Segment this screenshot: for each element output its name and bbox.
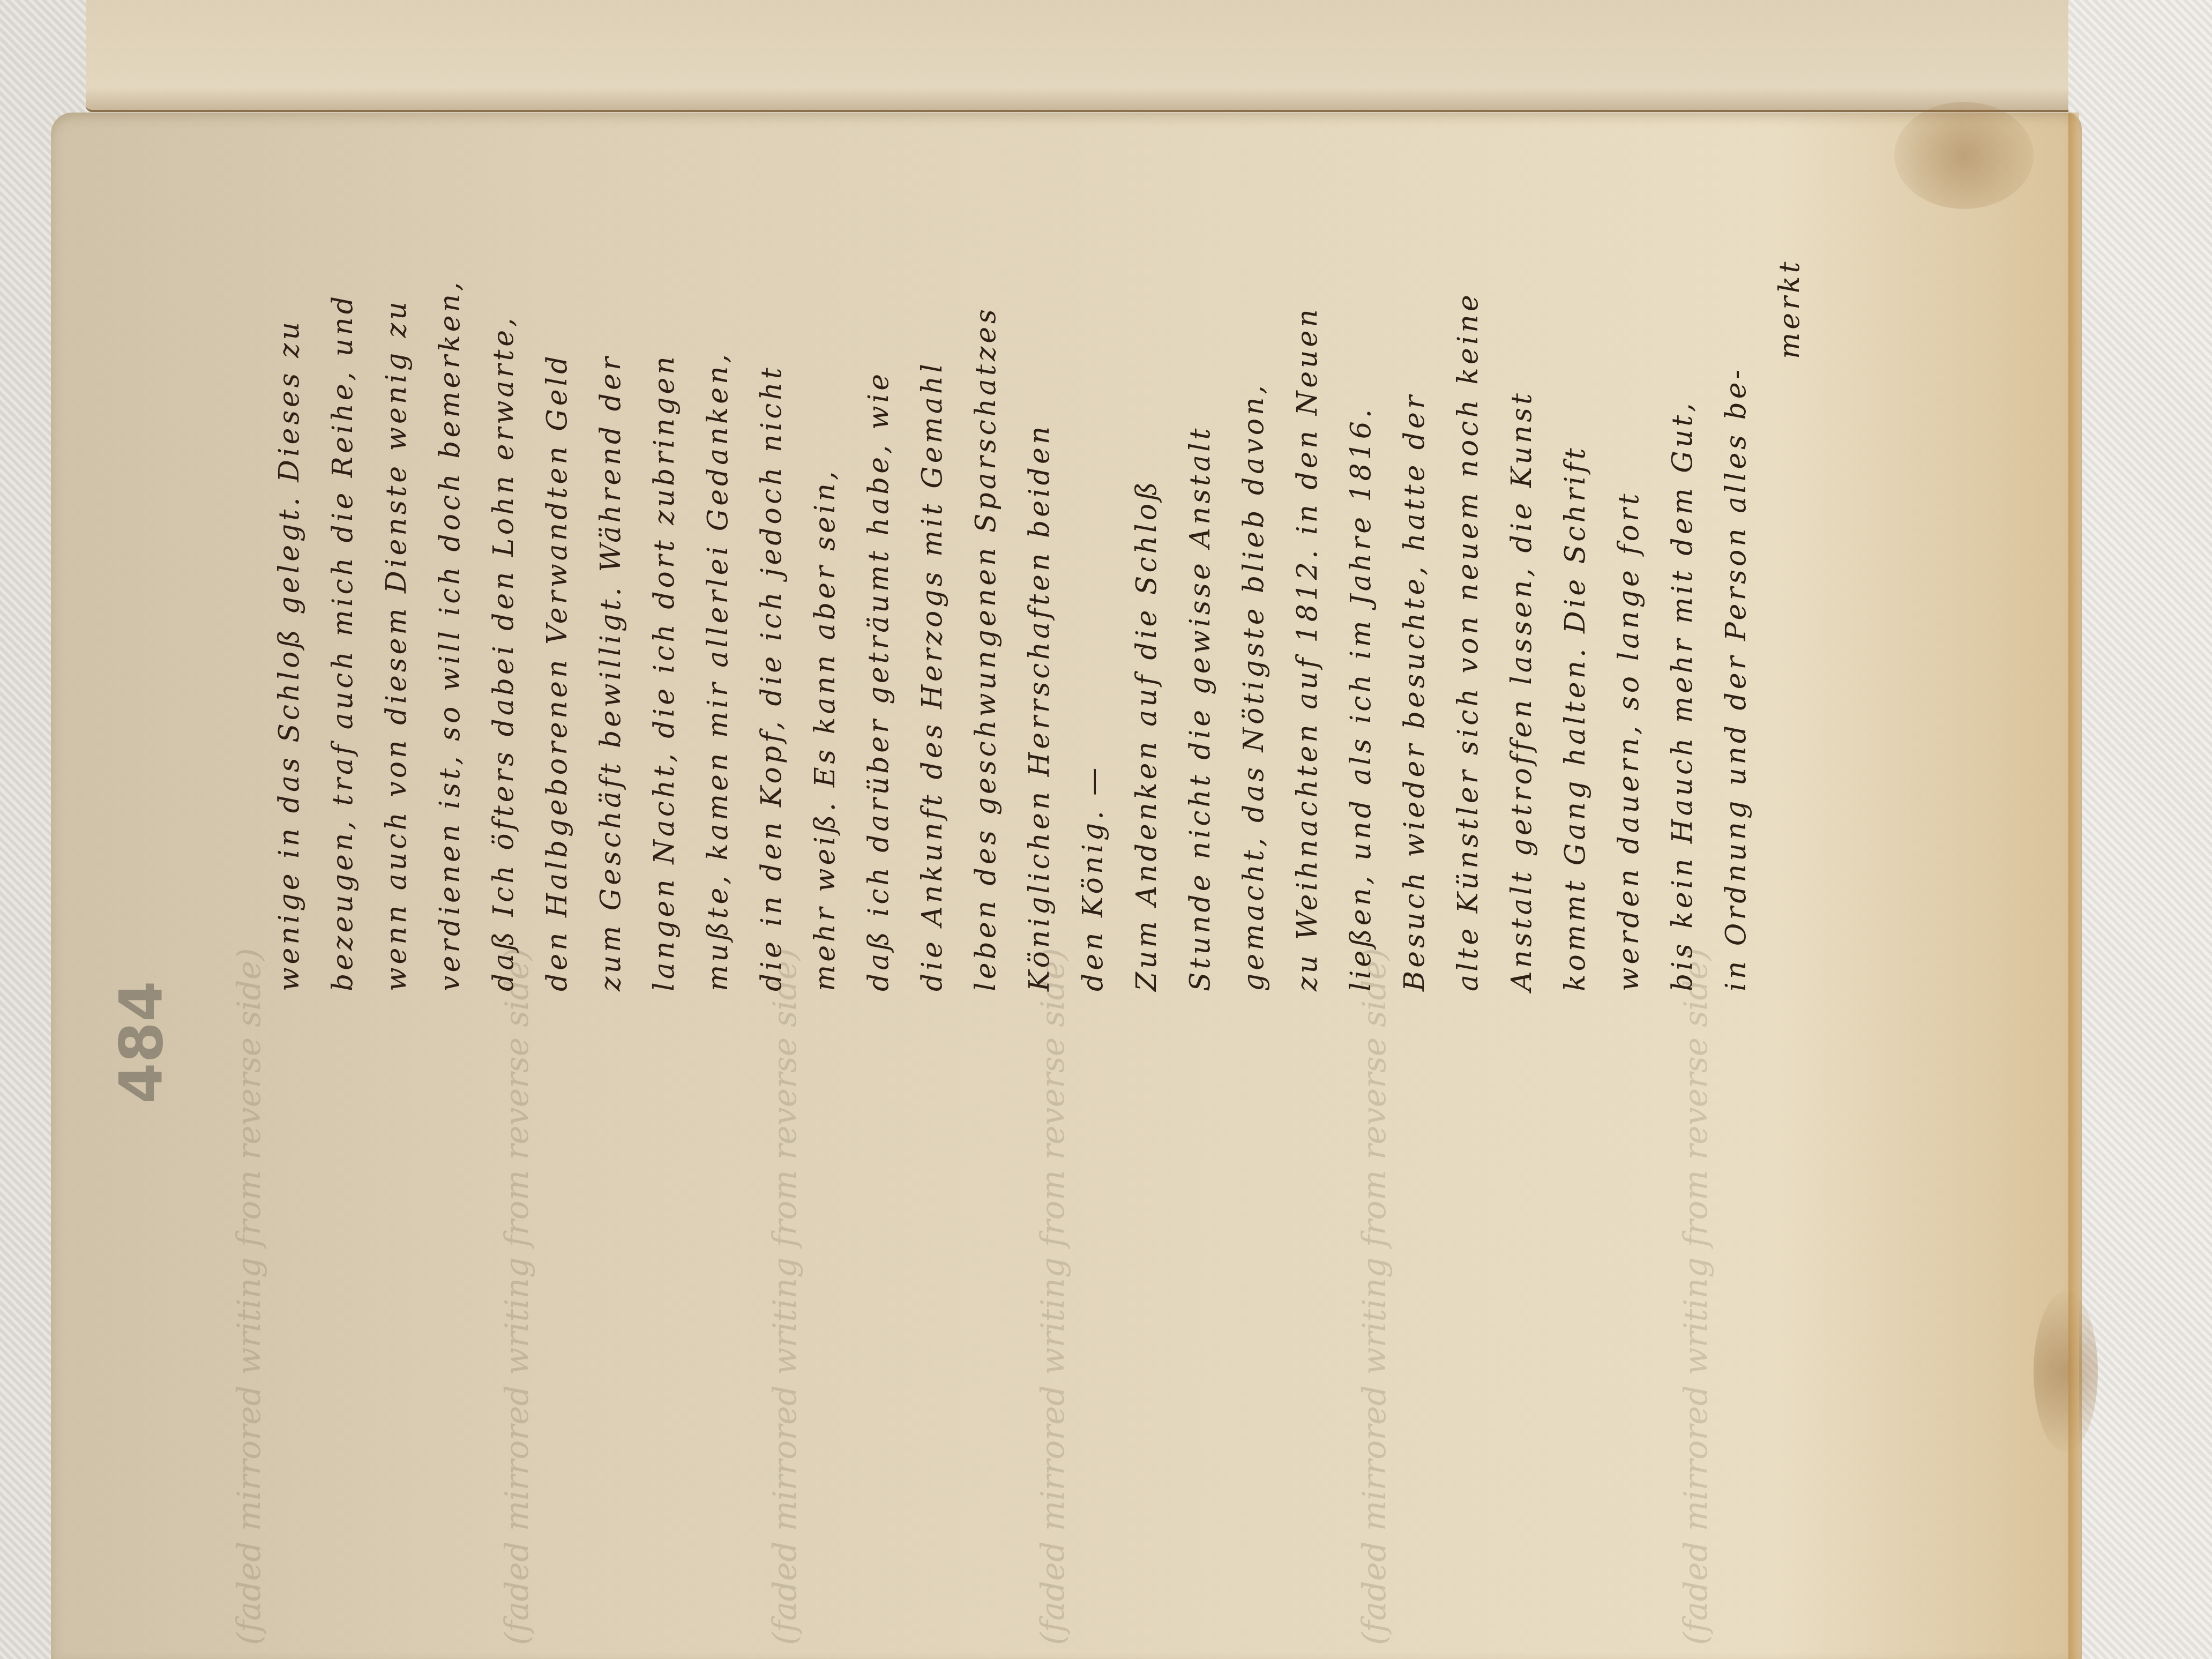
bleed-line: (faded mirrored writing from reverse sid… [766, 948, 804, 1645]
text-line: mußte, kamen mir allerlei Gedanken, [702, 351, 734, 991]
text-line: bis kein Hauch mehr mit dem Gut, [1667, 400, 1699, 991]
text-line: Zum Andenken auf die Schloß [1131, 479, 1163, 991]
text-line: alte Künstler sich von neuem noch keine [1452, 292, 1484, 991]
text-line: ließen, und als ich im Jahre 1816. [1345, 406, 1377, 991]
folded-top-leaf [86, 0, 2068, 112]
text-line: die in den Kopf, die ich jedoch nicht [756, 364, 788, 991]
text-line: mehr weiß. Es kann aber sein, [809, 468, 841, 991]
text-line: zu Weihnachten auf 1812. in den Neuen [1291, 306, 1324, 991]
text-line: wenn auch von diesem Dienste wenig zu [380, 298, 413, 991]
text-line: kommt Gang halten. Die Schrift [1559, 445, 1591, 991]
bleed-line: (faded mirrored writing from reverse sid… [498, 948, 536, 1645]
text-line: langen Nacht, die ich dort zubringen [648, 353, 681, 991]
text-line: in Ordnung und der Person alles be- [1720, 367, 1752, 991]
text-line: gemacht, das Nötigste blieb davon, [1238, 382, 1270, 991]
text-line: merkt [1774, 259, 1806, 359]
handwritten-text-block: wenige in das Schloß gelegt. Dieses zu b… [129, 134, 1951, 991]
text-line: Besuch wieder besuchte, hatte der [1399, 392, 1431, 991]
bleed-line: (faded mirrored writing from reverse sid… [1677, 948, 1715, 1645]
bleed-line: (faded mirrored writing from reverse sid… [1356, 948, 1393, 1645]
text-line: Königlichen Herrschaften beiden [1023, 423, 1056, 991]
text-line: den Halbgeborenen Verwandten Geld [541, 353, 573, 991]
text-line: wenige in das Schloß gelegt. Dieses zu [273, 319, 305, 991]
bleed-line: (faded mirrored writing from reverse sid… [1034, 948, 1072, 1645]
text-line: daß Ich öfters dabei den Lohn erwarte, [488, 315, 520, 991]
pencil-page-number: 484 [107, 981, 176, 1104]
text-line: werden dauern, so lange fort [1613, 490, 1645, 991]
text-line: Stunde nicht die gewisse Anstalt [1184, 425, 1216, 992]
text-line: den König. — [1077, 765, 1109, 991]
text-line: Anstalt getroffen lassen, die Kunst [1506, 390, 1538, 991]
text-line: daß ich darüber geträumt habe, wie [863, 371, 895, 991]
edge-stain [2034, 1291, 2098, 1452]
text-line: verdienen ist, so will ich doch bemerken… [434, 279, 466, 991]
text-line: zum Geschäft bewilligt. Während der [595, 354, 627, 991]
text-line: bezeugen, traf auch mich die Reihe, und [327, 293, 359, 991]
page-edge [2068, 113, 2079, 1659]
text-line: die Ankunft des Herzogs mit Gemahl [916, 361, 948, 991]
bleed-line: (faded mirrored writing from reverse sid… [230, 948, 268, 1645]
text-line: leben des geschwungenen Sparschatzes [970, 306, 1002, 991]
